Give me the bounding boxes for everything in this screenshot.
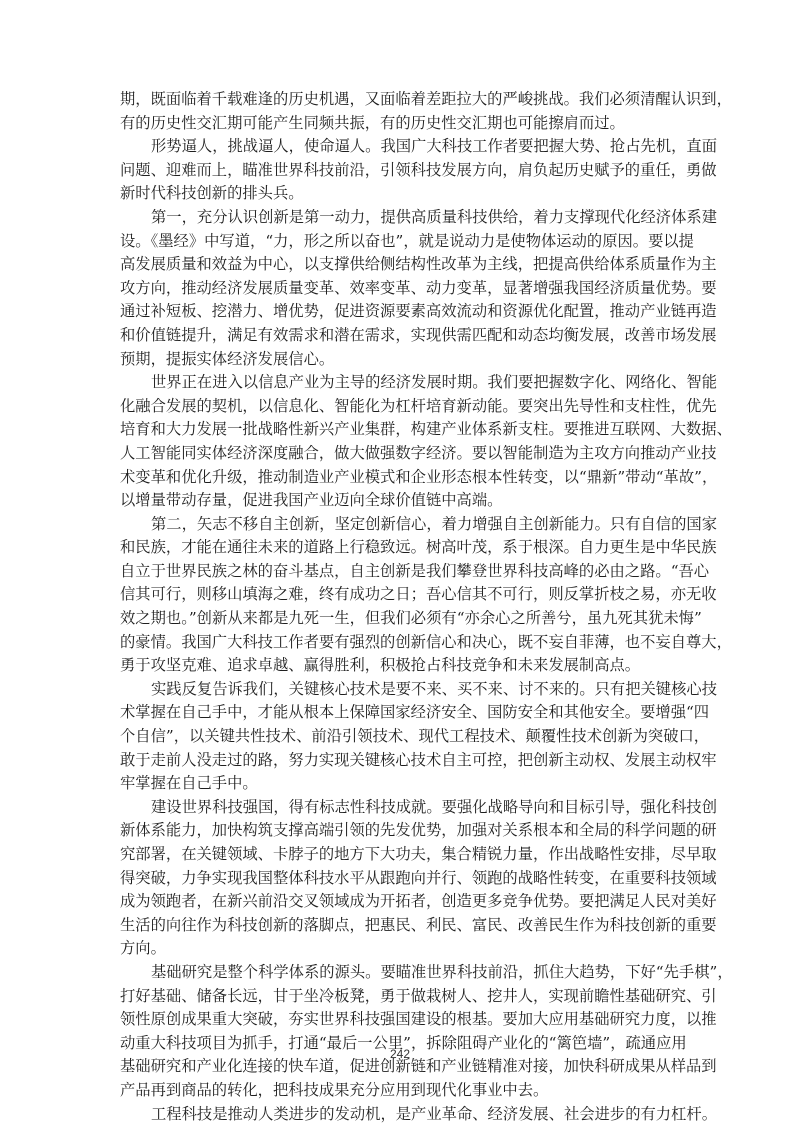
text-line: 第一，充分认识创新是第一动力，提供高质量科技供给，着力支撑现代化经济体系建	[120, 206, 680, 230]
text-line: 和价值链提升，满足有效需求和潜在需求，实现供需匹配和动态均衡发展，改善市场发展	[120, 324, 680, 348]
text-line: 敢于走前人没走过的路，努力实现关键核心技术自主可控，把创新主动权、发展主动权牢	[120, 749, 680, 773]
text-line: 自立于世界民族之林的奋斗基点，自主创新是我们攀登世界科技高峰的必由之路。“吾心	[120, 560, 680, 584]
text-line: 工程科技是推动人类进步的发动机，是产业革命、经济发展、社会进步的有力杠杆。	[120, 1103, 680, 1127]
text-line: 设。《墨经》中写道，“力，形之所以奋也”，就是说动力是使物体运动的原因。要以提	[120, 230, 680, 254]
text-line: 术掌握在自己手中，才能从根本上保障国家经济安全、国防安全和其他安全。要增强“四	[120, 701, 680, 725]
text-line: 高发展质量和效益为中心，以支撑供给侧结构性改革为主线，把提高供给体系质量作为主	[120, 253, 680, 277]
text-line: 实践反复告诉我们，关键核心技术是要不来、买不来、讨不来的。只有把关键核心技	[120, 678, 680, 702]
text-line: 形势逼人，挑战逼人，使命逼人。我国广大科技工作者要把握大势、抢占先机，直面	[120, 135, 680, 159]
page-number: 242	[0, 1047, 800, 1061]
text-line: 新体系能力，加快构筑支撑高端引领的先发优势，加强对关系根本和全局的科学问题的研	[120, 819, 680, 843]
text-line: 方向。	[120, 937, 680, 961]
text-line: 世界正在进入以信息产业为主导的经济发展时期。我们要把握数字化、网络化、智能	[120, 371, 680, 395]
text-line: 化融合发展的契机，以信息化、智能化为杠杆培育新动能。要突出先导性和支柱性，优先	[120, 395, 680, 419]
text-line: 信其可行，则移山填海之难，终有成功之日；吾心信其不可行，则反掌折枝之易，亦无收	[120, 583, 680, 607]
text-line: 究部署，在关键领域、卡脖子的地方下大功夫，集合精锐力量，作出战略性安排，尽早取	[120, 843, 680, 867]
text-line: 通过补短板、挖潜力、增优势，促进资源要素高效流动和资源优化配置，推动产业链再造	[120, 300, 680, 324]
text-line: 和民族，才能在通往未来的道路上行稳致远。树高叶茂，系于根深。自力更生是中华民族	[120, 536, 680, 560]
text-line: 培育和大力发展一批战略性新兴产业集群，构建产业体系新支柱。要推进互联网、大数据、	[120, 418, 680, 442]
text-line: 以增量带动存量，促进我国产业迈向全球价值链中高端。	[120, 489, 680, 513]
text-line: 有的历史性交汇期可能产生同频共振，有的历史性交汇期也可能擦肩而过。	[120, 112, 680, 136]
text-line: 预期，提振实体经济发展信心。	[120, 348, 680, 372]
text-line: 基础研究是整个科学体系的源头。要瞄准世界科技前沿，抓住大趋势，下好“先手棋”，	[120, 961, 680, 985]
text-line: 生活的向往作为科技创新的落脚点，把惠民、利民、富民、改善民生作为科技创新的重要	[120, 914, 680, 938]
text-line: 勇于攻坚克难、追求卓越、赢得胜利，积极抢占科技竞争和未来发展制高点。	[120, 654, 680, 678]
text-line: 问题、迎难而上，瞄准世界科技前沿，引领科技发展方向，肩负起历史赋予的重任，勇做	[120, 159, 680, 183]
text-line: 得突破，力争实现我国整体科技水平从跟跑向并行、领跑的战略性转变，在重要科技领域	[120, 867, 680, 891]
document-page: 期，既面临着千载难逢的历史机遇，又面临着差距拉大的严峻挑战。我们必须清醒认识到，…	[0, 0, 800, 1133]
text-line: 人工智能同实体经济深度融合，做大做强数字经济。要以智能制造为主攻方向推动产业技	[120, 442, 680, 466]
text-line: 牢掌握在自己手中。	[120, 772, 680, 796]
text-line: 效之期也。”创新从来都是九死一生，但我们必须有“亦余心之所善兮，虽九死其犹未悔”	[120, 607, 680, 631]
body-text: 期，既面临着千载难逢的历史机遇，又面临着差距拉大的严峻挑战。我们必须清醒认识到，…	[120, 88, 680, 1126]
text-line: 期，既面临着千载难逢的历史机遇，又面临着差距拉大的严峻挑战。我们必须清醒认识到，	[120, 88, 680, 112]
text-line: 第二，矢志不移自主创新，坚定创新信心，着力增强自主创新能力。只有自信的国家	[120, 513, 680, 537]
text-line: 产品再到商品的转化，把科技成果充分应用到现代化事业中去。	[120, 1079, 680, 1103]
text-line: 攻方向，推动经济发展质量变革、效率变革、动力变革，显著增强我国经济质量优势。要	[120, 277, 680, 301]
text-line: 打好基础、储备长远，甘于坐冷板凳，勇于做栽树人、挖井人，实现前瞻性基础研究、引	[120, 985, 680, 1009]
text-line: 建设世界科技强国，得有标志性科技成就。要强化战略导向和目标引导，强化科技创	[120, 796, 680, 820]
text-line: 的豪情。我国广大科技工作者要有强烈的创新信心和决心，既不妄自菲薄，也不妄自尊大，	[120, 631, 680, 655]
text-line: 成为领跑者，在新兴前沿交叉领域成为开拓者，创造更多竞争优势。要把满足人民对美好	[120, 890, 680, 914]
text-line: 新时代科技创新的排头兵。	[120, 182, 680, 206]
text-line: 领性原创成果重大突破，夯实世界科技强国建设的根基。要加大应用基础研究力度，以推	[120, 1008, 680, 1032]
text-line: 术变革和优化升级，推动制造业产业模式和企业形态根本性转变，以“鼎新”带动“革故”…	[120, 466, 680, 490]
text-line: 个自信”，以关键共性技术、前沿引领技术、现代工程技术、颠覆性技术创新为突破口，	[120, 725, 680, 749]
